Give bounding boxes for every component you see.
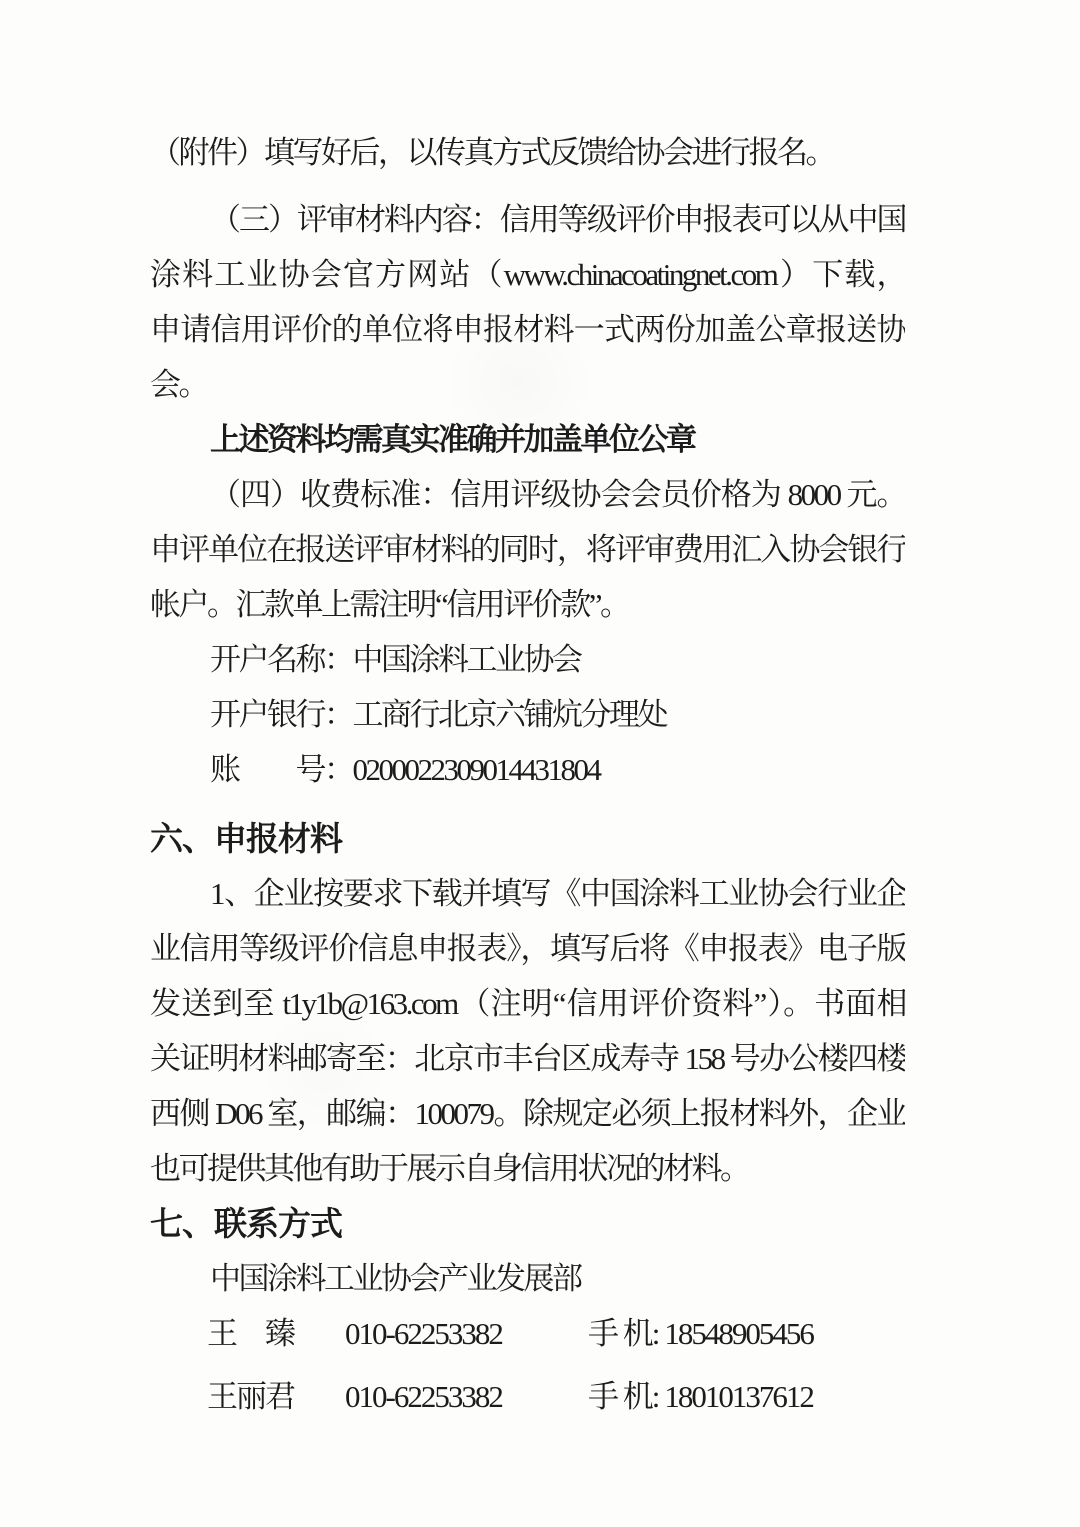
document-body: （附件）填写好后，以传真方式反馈给协会进行报名。 （三）评审材料内容：信用等级评… bbox=[0, 0, 1080, 1424]
fee-remittance-line-2: 帐户。汇款单上需注明“信用评价款”。 bbox=[150, 577, 905, 632]
account-number-line: 账 号：0200022309014431804 bbox=[150, 742, 905, 797]
section-7-heading: 七、联系方式 bbox=[150, 1196, 905, 1251]
mobile-label: 手 机: bbox=[588, 1306, 658, 1361]
contact-name: 王丽君 bbox=[207, 1369, 345, 1424]
account-name-line: 开户名称：中国涂料工业协会 bbox=[150, 632, 905, 687]
bank-name-line: 开户银行：工商行北京六铺炕分理处 bbox=[150, 687, 905, 742]
scanned-document-page: （附件）填写好后，以传真方式反馈给协会进行报名。 （三）评审材料内容：信用等级评… bbox=[0, 0, 1080, 1527]
review-materials-line-1: （三）评审材料内容：信用等级评价申报表可以从中国 bbox=[150, 192, 905, 247]
application-materials-line-3: 发送到至 t1y1b@163.com（注明“信用评价资料”）。书面相 bbox=[150, 976, 905, 1031]
review-materials-line-3: 申请信用评价的单位将申报材料一式两份加盖公章报送协 bbox=[150, 302, 905, 357]
contact-row: 王丽君 010-62253382 手 机: 18010137612 bbox=[150, 1369, 905, 1424]
application-materials-line-6: 也可提供其他有助于展示自身信用状况的材料。 bbox=[150, 1141, 905, 1196]
section-6-heading: 六、申报材料 bbox=[150, 811, 905, 866]
contact-phone: 010-62253382 bbox=[345, 1369, 588, 1424]
application-materials-line-2: 业信用等级评价信息申报表》，填写后将《申报表》电子版 bbox=[150, 921, 905, 976]
application-materials-line-5: 西侧 D06 室，邮编：100079。除规定必须上报材料外，企业 bbox=[150, 1086, 905, 1141]
review-materials-line-4: 会。 bbox=[150, 357, 905, 412]
mobile-label: 手 机: bbox=[588, 1369, 658, 1424]
paragraph-fax-signup-line: （附件）填写好后，以传真方式反馈给协会进行报名。 bbox=[150, 125, 905, 180]
application-materials-line-4: 关证明材料邮寄至：北京市丰台区成寿寺 158 号办公楼四楼 bbox=[150, 1031, 905, 1086]
review-materials-line-2: 涂料工业协会官方网站（www.chinacoatingnet.com）下载， bbox=[150, 247, 905, 302]
mobile-number: 18548905456 bbox=[664, 1306, 813, 1361]
contact-phone: 010-62253382 bbox=[345, 1306, 588, 1361]
contact-name: 王 臻 bbox=[207, 1306, 345, 1361]
contact-department-line: 中国涂料工业协会产业发展部 bbox=[150, 1251, 905, 1306]
stamp-notice-line: 上述资料均需真实准确并加盖单位公章 bbox=[150, 412, 905, 467]
application-materials-line-1: 1、企业按要求下载并填写《中国涂料工业协会行业企 bbox=[150, 866, 905, 921]
fee-remittance-line-1: 申评单位在报送评审材料的同时，将评审费用汇入协会银行 bbox=[150, 522, 905, 577]
mobile-number: 18010137612 bbox=[664, 1369, 813, 1424]
fee-standard-line: （四）收费标准：信用评级协会会员价格为 8000 元。 bbox=[150, 467, 905, 522]
contact-row: 王 臻 010-62253382 手 机: 18548905456 bbox=[150, 1306, 905, 1361]
